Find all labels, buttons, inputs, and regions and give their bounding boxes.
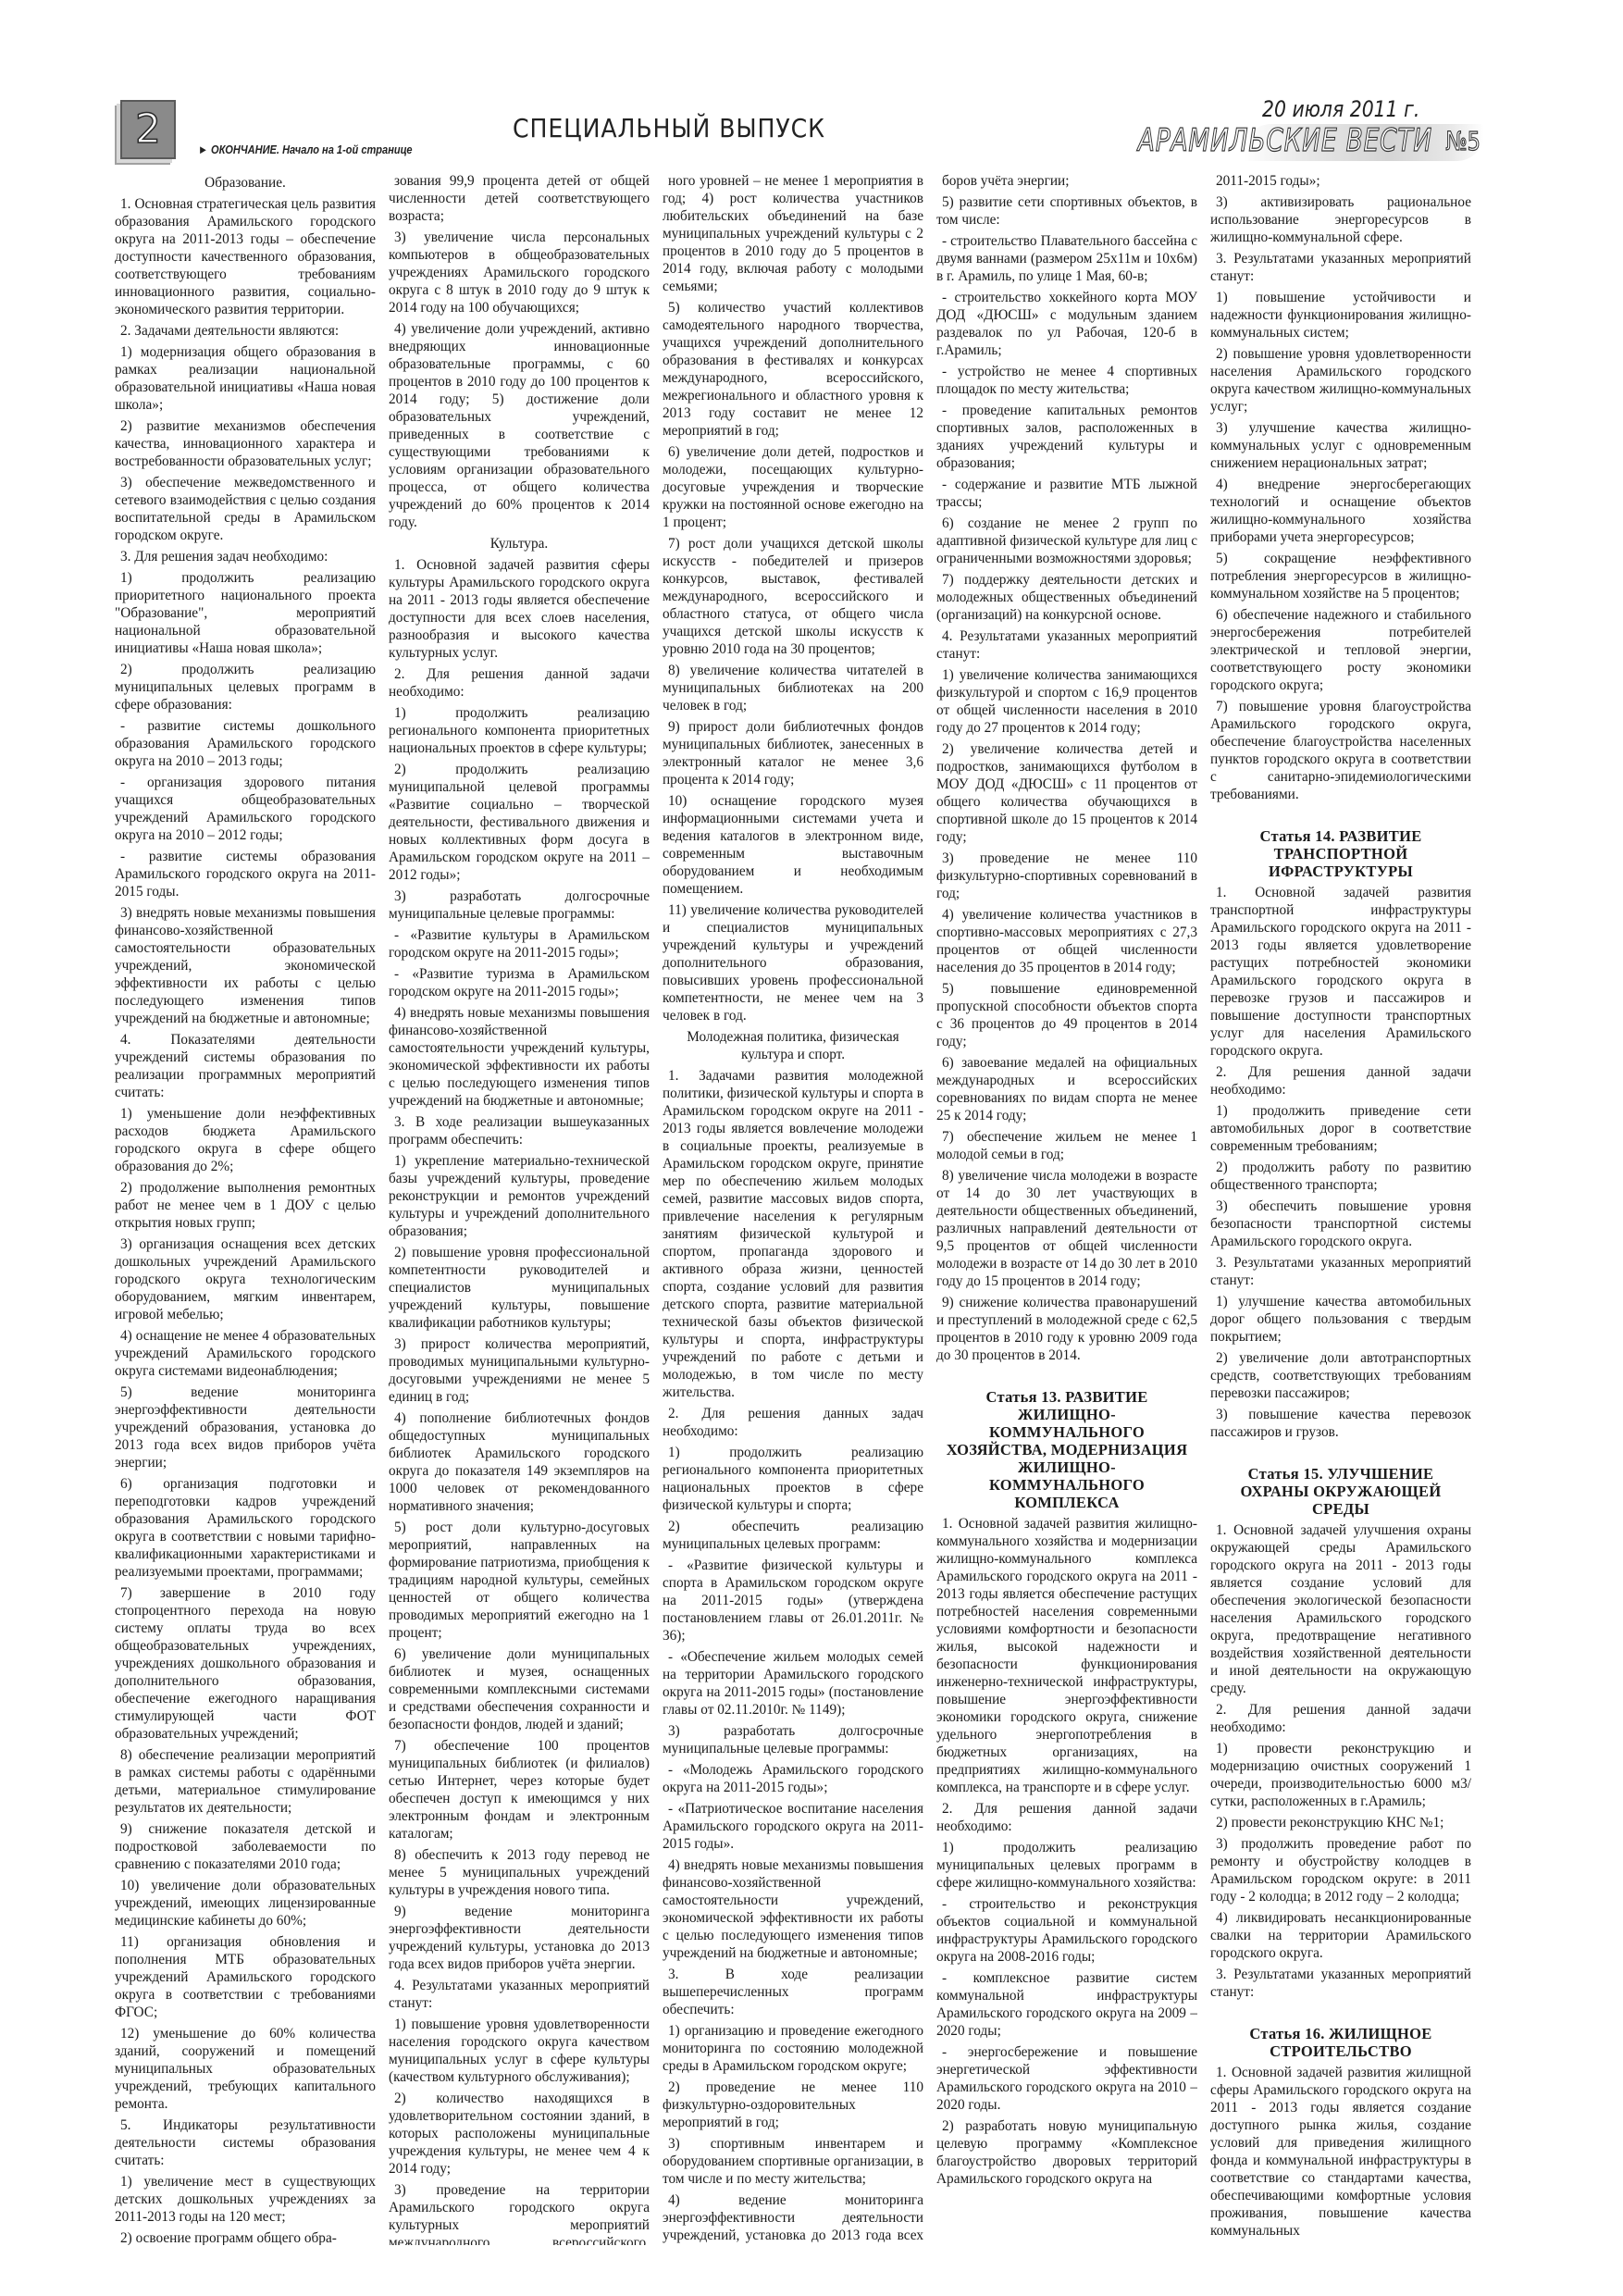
paragraph: 3. Результатами указанных мероприятий ст…	[1210, 250, 1471, 285]
issue-date: 20 июля 2011 г.	[1262, 96, 1419, 122]
article-heading: Статья 15. УЛУЧШЕНИЕ ОХРАНЫ ОКРУЖАЮЩЕЙ С…	[1220, 1465, 1462, 1518]
paragraph: 1) продолжить реализацию приоритетного н…	[115, 569, 376, 657]
paragraph: 3) проведение не менее 110 физкультурно-…	[936, 850, 1197, 902]
newspaper-name: АРАМИЛЬСКИЕ ВЕСТИ	[1138, 122, 1432, 159]
paragraph: 4) увеличение доли учреждений, активно в…	[389, 320, 650, 531]
paragraph: - «Молодежь Арамильского городского окру…	[663, 1761, 923, 1796]
paragraph: 12) уменьшение до 60% количества зданий,…	[115, 2025, 376, 2113]
paragraph: ного уровней – не менее 1 мероприятия в …	[663, 172, 923, 295]
paragraph: 9) прирост доли библиотечных фондов муни…	[663, 718, 923, 788]
paragraph: 8) увеличение числа молодежи в возрасте …	[936, 1167, 1197, 1290]
paragraph: 3) обеспечить повышение уровня безопасно…	[1210, 1198, 1471, 1250]
paragraph: 7) обеспечение жильем не менее 1 молодой…	[936, 1128, 1197, 1163]
page-number-box: 2	[120, 100, 176, 159]
article-heading: Статья 13. РАЗВИТИЕ ЖИЛИЩНО-КОММУНАЛЬНОГ…	[946, 1388, 1188, 1511]
paragraph: 3) улучшение качества жилищно-коммунальн…	[1210, 419, 1471, 472]
paragraph: 4) внедрять новые механизмы повышения фи…	[663, 1856, 923, 1962]
paragraph: 7) рост доли учащихся детской школы иску…	[663, 535, 923, 658]
paragraph: 3) спортивным инвентарем и оборудованием…	[663, 2135, 923, 2188]
paragraph: - «Развитие культуры в Арамильском город…	[389, 926, 650, 962]
issue-number: №5	[1445, 126, 1481, 156]
paragraph: 3) организация оснащения всех детских до…	[115, 1235, 376, 1323]
paragraph: 7) поддержку деятельности детских и моло…	[936, 571, 1197, 624]
paragraph: - содержание и развитие МТБ лыжной трасс…	[936, 476, 1197, 511]
paragraph: 1. Задачами развития молодежной политики…	[663, 1067, 923, 1401]
paragraph: 1) укрепление материально-технической ба…	[389, 1152, 650, 1240]
continued-label: ► ОКОНЧАНИЕ.	[198, 143, 279, 156]
paragraph: 2) обеспечить реализацию муниципальных ц…	[663, 1518, 923, 1553]
paragraph: 1. Основной задачей улучшения охраны окр…	[1210, 1521, 1471, 1697]
paragraph: 2. Для решения данной задачи необходимо:	[1210, 1701, 1471, 1736]
paragraph: 3. Для решения задач необходимо:	[115, 548, 376, 565]
paragraph: - «Развитие физической культуры и спорта…	[663, 1557, 923, 1644]
paragraph: 10) оснащение городского музея информаци…	[663, 792, 923, 898]
paragraph: 4. Показателями деятельности учреждений …	[115, 1031, 376, 1101]
paragraph: 5) количество участий коллективов самоде…	[663, 299, 923, 440]
section-subheading: Молодежная политика, физическая культура…	[663, 1028, 923, 1063]
paragraph: 7) повышение уровня благоустройства Арам…	[1210, 698, 1471, 803]
paragraph: 9) снижение показателя детской и подрост…	[115, 1820, 376, 1873]
column-5: 2011-2015 годы»;3) активизировать рацион…	[1210, 172, 1471, 2245]
paragraph: 7) завершение в 2010 году стопроцентного…	[115, 1584, 376, 1743]
paragraph: 1) организацию и проведение ежегодного м…	[663, 2022, 923, 2075]
paragraph: 3) прирост количества мероприятий, прово…	[389, 1335, 650, 1406]
paragraph: 2) проведение не менее 110 физкультурно-…	[663, 2079, 923, 2131]
paragraph: - устройство не менее 4 спортивных площа…	[936, 363, 1197, 398]
paragraph: 3. Результатами указанных мероприятий ст…	[1210, 1966, 1471, 2001]
paragraph: 1) улучшение качества автомобильных доро…	[1210, 1293, 1471, 1346]
paragraph: 2) продолжить реализацию муниципальной ц…	[389, 761, 650, 884]
paragraph: 3) разработать долгосрочные муниципальны…	[389, 887, 650, 923]
column-4: боров учёта энергии;5) развитие сети спо…	[936, 172, 1197, 2245]
paragraph: 5) сокращение неэффективного потребления…	[1210, 550, 1471, 602]
paragraph: 6) увеличение доли детей, подростков и м…	[663, 443, 923, 531]
paragraph: 2) повышение уровня профессиональной ком…	[389, 1244, 650, 1332]
paragraph: 4) внедрять новые механизмы повышения фи…	[389, 1004, 650, 1110]
paragraph: 5) ведение мониторинга энергоэффективнос…	[115, 1384, 376, 1471]
paragraph: 6) обеспечение надежного и стабильного э…	[1210, 606, 1471, 694]
paragraph: 3) продолжить проведение работ по ремонт…	[1210, 1835, 1471, 1905]
paragraph: 1) увеличение количества занимающихся фи…	[936, 666, 1197, 737]
paragraph: 4) пополнение библиотечных фондов общедо…	[389, 1409, 650, 1515]
paragraph: 4. Результатами указанных мероприятий ст…	[936, 627, 1197, 663]
paragraph: 3. Результатами указанных мероприятий ст…	[1210, 1254, 1471, 1289]
paragraph: 2. Для решения данных задач необходимо:	[663, 1405, 923, 1440]
paragraph: 3) активизировать рациональное использов…	[1210, 193, 1471, 246]
paragraph: 2. Для решения данной задачи необходимо:	[936, 1800, 1197, 1835]
column-1: Образование.1. Основная стратегическая ц…	[115, 172, 376, 2245]
paragraph: 2. Для решения данной задачи необходимо:	[389, 665, 650, 701]
paragraph: - строительство и реконструкция объектов…	[936, 1895, 1197, 1966]
article-heading: Статья 14. РАЗВИТИЕ ТРАНСПОРТНОЙ ИФРАСТР…	[1220, 827, 1462, 880]
paragraph: - комплексное развитие систем коммунальн…	[936, 1969, 1197, 2040]
paragraph: 4) ведение мониторинга энергоэффективнос…	[663, 2191, 923, 2245]
paragraph: 1) увеличение мест в существующих детски…	[115, 2173, 376, 2226]
paragraph: 4. Результатами указанных мероприятий ст…	[389, 1977, 650, 2012]
newspaper-logo: 20 июля 2011 г. АРАМИЛЬСКИЕ ВЕСТИ №5	[1179, 96, 1484, 167]
column-3: ного уровней – не менее 1 мероприятия в …	[663, 172, 923, 2245]
paragraph: 4) увеличение количества участников в сп…	[936, 906, 1197, 976]
paragraph: 9) снижение количества правонарушений и …	[936, 1294, 1197, 1364]
paragraph: 2) количество находящихся в удовлетворит…	[389, 2090, 650, 2178]
paragraph: 1) модернизация общего образования в рам…	[115, 343, 376, 414]
paragraph: 1) продолжить реализацию регионального к…	[389, 704, 650, 757]
issue-title: СПЕЦИАЛЬНЫЙ ВЫПУСК	[513, 113, 825, 143]
section-subheading: Культура.	[389, 535, 650, 552]
paragraph: 5. Индикаторы результативности деятельно…	[115, 2116, 376, 2169]
paragraph: 2. Задачами деятельности являются:	[115, 322, 376, 340]
paragraph: - «Развитие туризма в Арамильском городс…	[389, 965, 650, 1000]
paragraph: 3) разработать долгосрочные муниципальны…	[663, 1722, 923, 1757]
paragraph: 1) продолжить приведение сети автомобиль…	[1210, 1102, 1471, 1155]
paragraph: 10) увеличение доли образовательных учре…	[115, 1877, 376, 1930]
paragraph: зования 99,9 процента детей от общей чис…	[389, 172, 650, 225]
paragraph: боров учёта энергии;	[936, 172, 1197, 190]
paragraph: 2) развитие механизмов обеспечения качес…	[115, 417, 376, 470]
paragraph: 3. В ходе реализации вышеперечисленных п…	[663, 1966, 923, 2018]
paragraph: - «Патриотическое воспитание населения А…	[663, 1800, 923, 1853]
paragraph: 1. Основной задачей развития жилищно-ком…	[936, 1515, 1197, 1796]
paragraph: - развитие системы образования Арамильск…	[115, 848, 376, 900]
paragraph: - строительство Плавательного бассейна с…	[936, 232, 1197, 285]
paragraph: 1) продолжить реализацию муниципальных ц…	[936, 1839, 1197, 1892]
paragraph: 3) увеличение числа персональных компьют…	[389, 229, 650, 316]
page-number: 2	[135, 109, 161, 150]
paragraph: 4) внедрение энергосберегающих технологи…	[1210, 476, 1471, 546]
paragraph: 3) обеспечение межведомственного и сетев…	[115, 474, 376, 544]
paragraph: 2) увеличение количества детей и подрост…	[936, 740, 1197, 846]
paragraph: 2) продолжить реализацию муниципальных ц…	[115, 661, 376, 714]
paragraph: 3) проведение на территории Арамильского…	[389, 2181, 650, 2245]
paragraph: 1. Основная стратегическая цель развития…	[115, 195, 376, 318]
paragraph: 2) разработать новую муниципальную целев…	[936, 2117, 1197, 2188]
column-2: зования 99,9 процента детей от общей чис…	[389, 172, 650, 2245]
continued-note: ► ОКОНЧАНИЕ. Начало на 1-ой странице	[198, 143, 412, 156]
paragraph: - организация здорового питания учащихся…	[115, 774, 376, 844]
continued-source: Начало на 1-ой странице	[279, 143, 412, 156]
paragraph: - «Обеспечение жильем молодых семей на т…	[663, 1648, 923, 1719]
paragraph: 1) уменьшение доли неэффективных расходо…	[115, 1105, 376, 1175]
paragraph: 8) увеличение количества читателей в мун…	[663, 662, 923, 714]
paragraph: 2) продолжение выполнения ремонтных рабо…	[115, 1179, 376, 1232]
paragraph: - развитие системы дошкольного образован…	[115, 717, 376, 770]
paragraph: 3) внедрять новые механизмы повышения фи…	[115, 904, 376, 1027]
paragraph: - проведение капитальных ремонтов спорти…	[936, 402, 1197, 472]
paragraph: 6) завоевание медалей на официальных меж…	[936, 1054, 1197, 1124]
paragraph: 6) создание не менее 2 групп по адаптивн…	[936, 515, 1197, 567]
paragraph: 3. В ходе реализации вышеуказанных прогр…	[389, 1113, 650, 1148]
paragraph: 2) увеличение доли автотранспортных сред…	[1210, 1349, 1471, 1402]
paragraph: 2) провести реконструкцию КНС №1;	[1210, 1814, 1471, 1831]
paragraph: 11) увеличение количества руководителей …	[663, 901, 923, 1024]
paragraph: 1. Основной задачей развития транспортно…	[1210, 884, 1471, 1060]
article-heading: Статья 16. ЖИЛИЩНОЕ СТРОИТЕЛЬСТВО	[1220, 2025, 1462, 2060]
paragraph: 8) обеспечить к 2013 году перевод не мен…	[389, 1846, 650, 1899]
paragraph: 6) увеличение доли муниципальных библиот…	[389, 1645, 650, 1733]
paragraph: 5) повышение единовременной пропускной с…	[936, 980, 1197, 1050]
paragraph: - строительство хоккейного корта МОУ ДОД…	[936, 289, 1197, 359]
paragraph: 3) повышение качества перевозок пассажир…	[1210, 1406, 1471, 1441]
paragraph: 9) ведение мониторинга энергоэффективнос…	[389, 1903, 650, 1973]
paragraph: - энергосбережение и повышение энергетич…	[936, 2043, 1197, 2114]
section-subheading: Образование.	[115, 174, 376, 192]
paragraph: 2) продолжить работу по развитию обществ…	[1210, 1159, 1471, 1194]
paragraph: 6) организация подготовки и переподготов…	[115, 1475, 376, 1581]
masthead: 2 ► ОКОНЧАНИЕ. Начало на 1-ой странице С…	[115, 96, 1484, 167]
paragraph: 2) освоение программ общего обра-	[115, 2229, 376, 2245]
paragraph: 1) повышение уровня удовлетворенности на…	[389, 2016, 650, 2086]
paragraph: 2. Для решения данной задачи необходимо:	[1210, 1063, 1471, 1098]
paragraph: 11) организация обновления и пополнения …	[115, 1933, 376, 2021]
paragraph: 2011-2015 годы»;	[1210, 172, 1471, 190]
paragraph: 1. Основной задачей развития сферы культ…	[389, 556, 650, 662]
paragraph: 5) рост доли культурно-досуговых меропри…	[389, 1519, 650, 1642]
paragraph: 1. Основной задачей развития жилищной сф…	[1210, 2064, 1471, 2240]
paragraph: 1) провести реконструкцию и модернизацию…	[1210, 1740, 1471, 1810]
paragraph: 4) ликвидировать несанкционированные сва…	[1210, 1909, 1471, 1962]
paragraph: 2) повышение уровня удовлетворенности на…	[1210, 345, 1471, 416]
paragraph: 1) продолжить реализацию регионального к…	[663, 1444, 923, 1514]
article-columns: Образование.1. Основная стратегическая ц…	[115, 172, 1466, 2245]
paragraph: 7) обеспечение 100 процентов муниципальн…	[389, 1737, 650, 1843]
paragraph: 5) развитие сети спортивных объектов, в …	[936, 193, 1197, 229]
paragraph: 4) оснащение не менее 4 образовательных …	[115, 1327, 376, 1380]
paragraph: 8) обеспечение реализации мероприятий в …	[115, 1746, 376, 1817]
paragraph: 1) повышение устойчивости и надежности ф…	[1210, 289, 1471, 341]
